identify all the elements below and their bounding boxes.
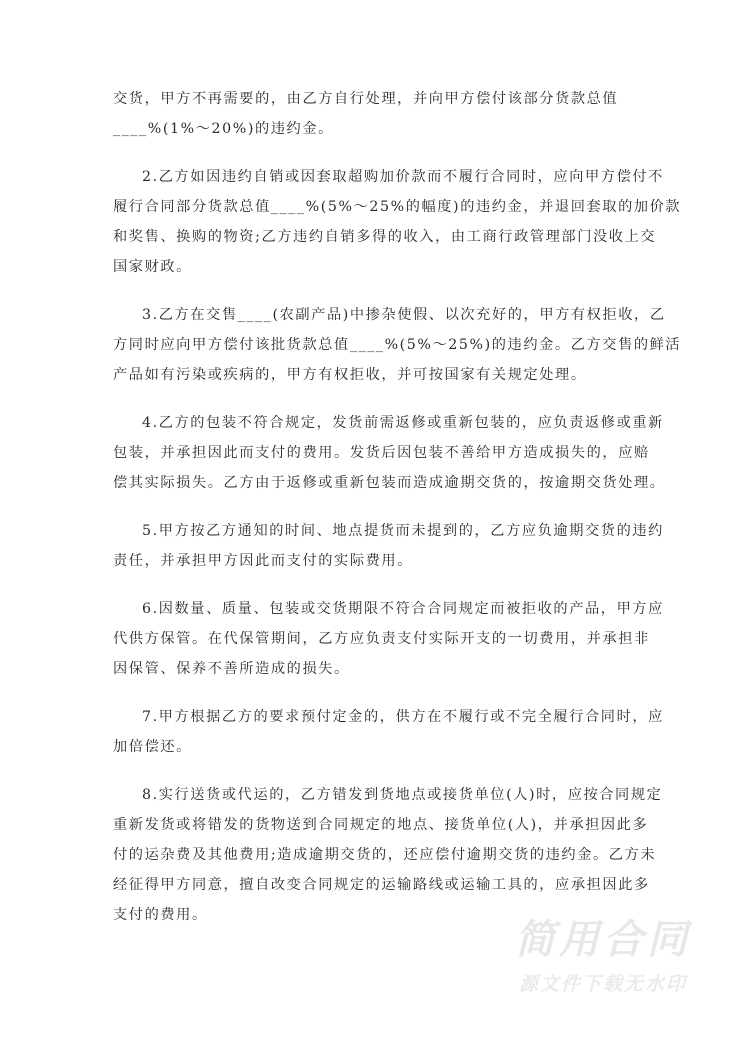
text-line: 包装，并承担因此而支付的费用。发货后因包装不善给甲方造成损失的，应赔 bbox=[113, 438, 653, 468]
text-line: 重新发货或将错发的货物送到合同规定的地点、接货单位(人)，并承担因此多 bbox=[113, 810, 653, 840]
paragraph-continued: 交货，甲方不再需要的，由乙方自行处理，并向甲方偿付该部分货款总值 ____%(1… bbox=[113, 84, 653, 144]
text-line: 5.甲方按乙方通知的时间、地点提货而未提到的，乙方应负逾期交货的违约 bbox=[113, 516, 653, 546]
text-line: 责任，并承担甲方因此而支付的实际费用。 bbox=[113, 546, 653, 576]
document-page: 交货，甲方不再需要的，由乙方自行处理，并向甲方偿付该部分货款总值 ____%(1… bbox=[0, 0, 742, 1049]
text-line: 交货，甲方不再需要的，由乙方自行处理，并向甲方偿付该部分货款总值 bbox=[113, 84, 653, 114]
text-line: 代供方保管。在代保管期间，乙方应负责支付实际开支的一切费用，并承担非 bbox=[113, 624, 653, 654]
paragraph-clause-5: 5.甲方按乙方通知的时间、地点提货而未提到的，乙方应负逾期交货的违约 责任，并承… bbox=[113, 516, 653, 576]
text-line: 3.乙方在交售____(农副产品)中掺杂使假、以次充好的，甲方有权拒收，乙 bbox=[113, 300, 653, 330]
text-line: 产品如有污染或疾病的，甲方有权拒收，并可按国家有关规定处理。 bbox=[113, 360, 653, 390]
text-line: 国家财政。 bbox=[113, 252, 653, 282]
text-line: 和奖售、换购的物资;乙方违约自销多得的收入，由工商行政管理部门没收上交 bbox=[113, 222, 653, 252]
text-line: 偿其实际损失。乙方由于返修或重新包装而造成逾期交货的，按逾期交货处理。 bbox=[113, 468, 653, 498]
watermark: 简用合同 源文件下载无水印 bbox=[508, 915, 698, 996]
paragraph-clause-3: 3.乙方在交售____(农副产品)中掺杂使假、以次充好的，甲方有权拒收，乙 方同… bbox=[113, 300, 653, 390]
paragraph-clause-2: 2.乙方如因违约自销或因套取超购加价款而不履行合同时，应向甲方偿付不 履行合同部… bbox=[113, 162, 653, 282]
text-line: 加倍偿还。 bbox=[113, 732, 653, 762]
text-line: ____%(1%～20%)的违约金。 bbox=[113, 114, 653, 144]
paragraph-clause-8: 8.实行送货或代运的，乙方错发到货地点或接货单位(人)时，应按合同规定 重新发货… bbox=[113, 780, 653, 930]
text-line: 6.因数量、质量、包装或交货期限不符合合同规定而被拒收的产品，甲方应 bbox=[113, 594, 653, 624]
text-line: 7.甲方根据乙方的要求预付定金的，供方在不履行或不完全履行合同时，应 bbox=[113, 702, 653, 732]
watermark-title: 简用合同 bbox=[508, 915, 698, 965]
text-line: 因保管、保养不善所造成的损失。 bbox=[113, 654, 653, 684]
paragraph-clause-7: 7.甲方根据乙方的要求预付定金的，供方在不履行或不完全履行合同时，应 加倍偿还。 bbox=[113, 702, 653, 762]
paragraph-clause-4: 4.乙方的包装不符合规定，发货前需返修或重新包装的，应负责返修或重新 包装，并承… bbox=[113, 408, 653, 498]
text-line: 经征得甲方同意，擅自改变合同规定的运输路线或运输工具的，应承担因此多 bbox=[113, 870, 653, 900]
paragraph-clause-6: 6.因数量、质量、包装或交货期限不符合合同规定而被拒收的产品，甲方应 代供方保管… bbox=[113, 594, 653, 684]
text-line: 4.乙方的包装不符合规定，发货前需返修或重新包装的，应负责返修或重新 bbox=[113, 408, 653, 438]
text-line: 付的运杂费及其他费用;造成逾期交货的，还应偿付逾期交货的违约金。乙方未 bbox=[113, 840, 653, 870]
text-line: 方同时应向甲方偿付该批货款总值____%(5%～25%)的违约金。乙方交售的鲜活 bbox=[113, 330, 653, 360]
text-line: 履行合同部分货款总值____%(5%～25%的幅度)的违约金，并退回套取的加价款 bbox=[113, 192, 653, 222]
text-line: 2.乙方如因违约自销或因套取超购加价款而不履行合同时，应向甲方偿付不 bbox=[113, 162, 653, 192]
document-body: 交货，甲方不再需要的，由乙方自行处理，并向甲方偿付该部分货款总值 ____%(1… bbox=[113, 84, 653, 948]
watermark-subtitle: 源文件下载无水印 bbox=[508, 969, 698, 996]
text-line: 8.实行送货或代运的，乙方错发到货地点或接货单位(人)时，应按合同规定 bbox=[113, 780, 653, 810]
